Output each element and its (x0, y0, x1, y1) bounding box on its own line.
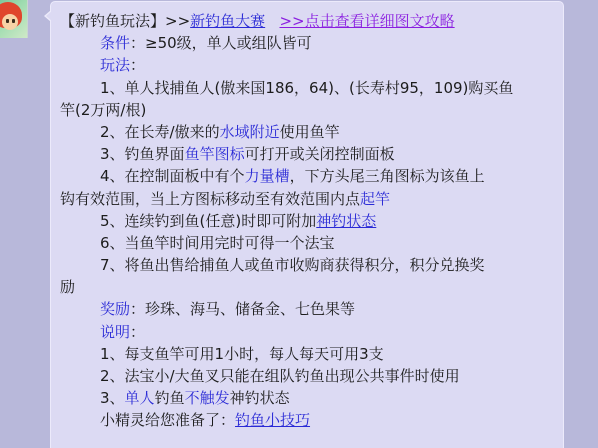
gameplay-heading: 玩法： (60, 54, 598, 76)
guide-link[interactable]: >>点击查看详细图文攻略 (279, 12, 454, 30)
step-text: 钩有效范围，当上方图标移动至有效范围内点 (60, 190, 360, 208)
notes-colon: ： (130, 323, 145, 341)
note-text: 神钓状态 (230, 389, 290, 407)
step-number: 2、 (100, 123, 125, 141)
step-text: 可打开或关闭控制面板 (245, 145, 395, 163)
avatar-eye (12, 19, 15, 23)
step-highlight: 起竿 (360, 190, 390, 208)
step-number: 7、 (100, 256, 125, 274)
gameplay-label: 玩法 (100, 56, 130, 74)
gameplay-colon: ： (130, 56, 145, 74)
step-7: 7、将鱼出售给捕鱼人或鱼市收购商获得积分，积分兑换奖 (60, 254, 598, 276)
step-text: 使用鱼竿 (280, 123, 340, 141)
rewards-label: 奖励 (100, 300, 130, 318)
avatar-face (2, 14, 18, 30)
message-content: 【新钓鱼玩法】>>新钓鱼大赛 >>点击查看详细图文攻略 条件：≥50级，单人或组… (60, 10, 598, 432)
step-highlight: 水域附近 (220, 123, 280, 141)
step-7-cont: 励 (60, 276, 598, 298)
note-highlight: 不触发 (185, 389, 230, 407)
step-text: 当鱼竿时间用完时可得一个法宝 (125, 234, 335, 252)
step-number: 6、 (100, 234, 125, 252)
step-text: 在长寿/傲来的 (125, 123, 220, 141)
note-text: 每支鱼竿可用1小时，每人每天可用3支 (125, 345, 384, 363)
step-number: 1、 (100, 79, 125, 97)
step-text: 励 (60, 278, 75, 296)
step-4: 4、在控制面板中有个力量槽，下方头尾三角图标为该鱼上 (60, 165, 598, 187)
step-1: 1、单人找捕鱼人(傲来国186，64)、(长寿村95，109)购买鱼 (60, 77, 598, 99)
chat-window: 【新钓鱼玩法】>>新钓鱼大赛 >>点击查看详细图文攻略 条件：≥50级，单人或组… (0, 0, 598, 448)
footer-text: 小精灵给您准备了： (100, 411, 235, 429)
avatar-eye (6, 19, 9, 23)
conditions-line: 条件：≥50级，单人或组队皆可 (60, 32, 598, 54)
note-text: 钓鱼 (155, 389, 185, 407)
step-text: ，下方头尾三角图标为该鱼上 (290, 167, 485, 185)
note-3: 3、单人钓鱼不触发神钓状态 (60, 387, 598, 409)
conditions-value: ：≥50级，单人或组队皆可 (130, 34, 312, 52)
bubble-tail-inner (46, 11, 52, 21)
title-prefix: 【新钓鱼玩法】 (60, 12, 165, 30)
step-3: 3、钓鱼界面鱼竿图标可打开或关闭控制面板 (60, 143, 598, 165)
note-2: 2、法宝小/大鱼叉只能在组队钓鱼出现公共事件时使用 (60, 365, 598, 387)
step-text: 竿(2万两/根) (60, 101, 146, 119)
step-text: 将鱼出售给捕鱼人或鱼市收购商获得积分，积分兑换奖 (125, 256, 485, 274)
step-number: 3、 (100, 145, 125, 163)
step-5: 5、连续钓到鱼(任意)时即可附加神钓状态 (60, 210, 598, 232)
conditions-label: 条件 (100, 34, 130, 52)
rewards-value: ：珍珠、海马、储备金、七色果等 (130, 300, 355, 318)
step-number: 5、 (100, 212, 125, 230)
event-link[interactable]: 新钓鱼大赛 (190, 12, 265, 30)
header-line: 【新钓鱼玩法】>>新钓鱼大赛 >>点击查看详细图文攻略 (60, 10, 598, 32)
step-highlight: 力量槽 (245, 167, 290, 185)
step-2: 2、在长寿/傲来的水域附近使用鱼竿 (60, 121, 598, 143)
note-text: 法宝小/大鱼叉只能在组队钓鱼出现公共事件时使用 (125, 367, 460, 385)
step-highlight: 鱼竿图标 (185, 145, 245, 163)
arrow-text: >> (165, 12, 190, 30)
step-text: 钓鱼界面 (125, 145, 185, 163)
notes-heading: 说明： (60, 321, 598, 343)
fishing-tips-link[interactable]: 钓鱼小技巧 (235, 411, 310, 429)
avatar[interactable] (0, 0, 28, 38)
step-text: 在控制面板中有个 (125, 167, 245, 185)
step-1-cont: 竿(2万两/根) (60, 99, 598, 121)
rewards-line: 奖励：珍珠、海马、储备金、七色果等 (60, 298, 598, 320)
divine-fishing-link[interactable]: 神钓状态 (316, 212, 376, 230)
notes-label: 说明 (100, 323, 130, 341)
note-number: 1、 (100, 345, 125, 363)
step-6: 6、当鱼竿时间用完时可得一个法宝 (60, 232, 598, 254)
step-text: 连续钓到鱼(任意)时即可附加 (125, 212, 317, 230)
footer-line: 小精灵给您准备了：钓鱼小技巧 (60, 409, 598, 431)
note-number: 2、 (100, 367, 125, 385)
step-4-cont: 钩有效范围，当上方图标移动至有效范围内点起竿 (60, 188, 598, 210)
step-number: 4、 (100, 167, 125, 185)
note-number: 3、 (100, 389, 125, 407)
step-text: 单人找捕鱼人(傲来国186，64)、(长寿村95，109)购买鱼 (125, 79, 514, 97)
note-1: 1、每支鱼竿可用1小时，每人每天可用3支 (60, 343, 598, 365)
note-highlight: 单人 (125, 389, 155, 407)
